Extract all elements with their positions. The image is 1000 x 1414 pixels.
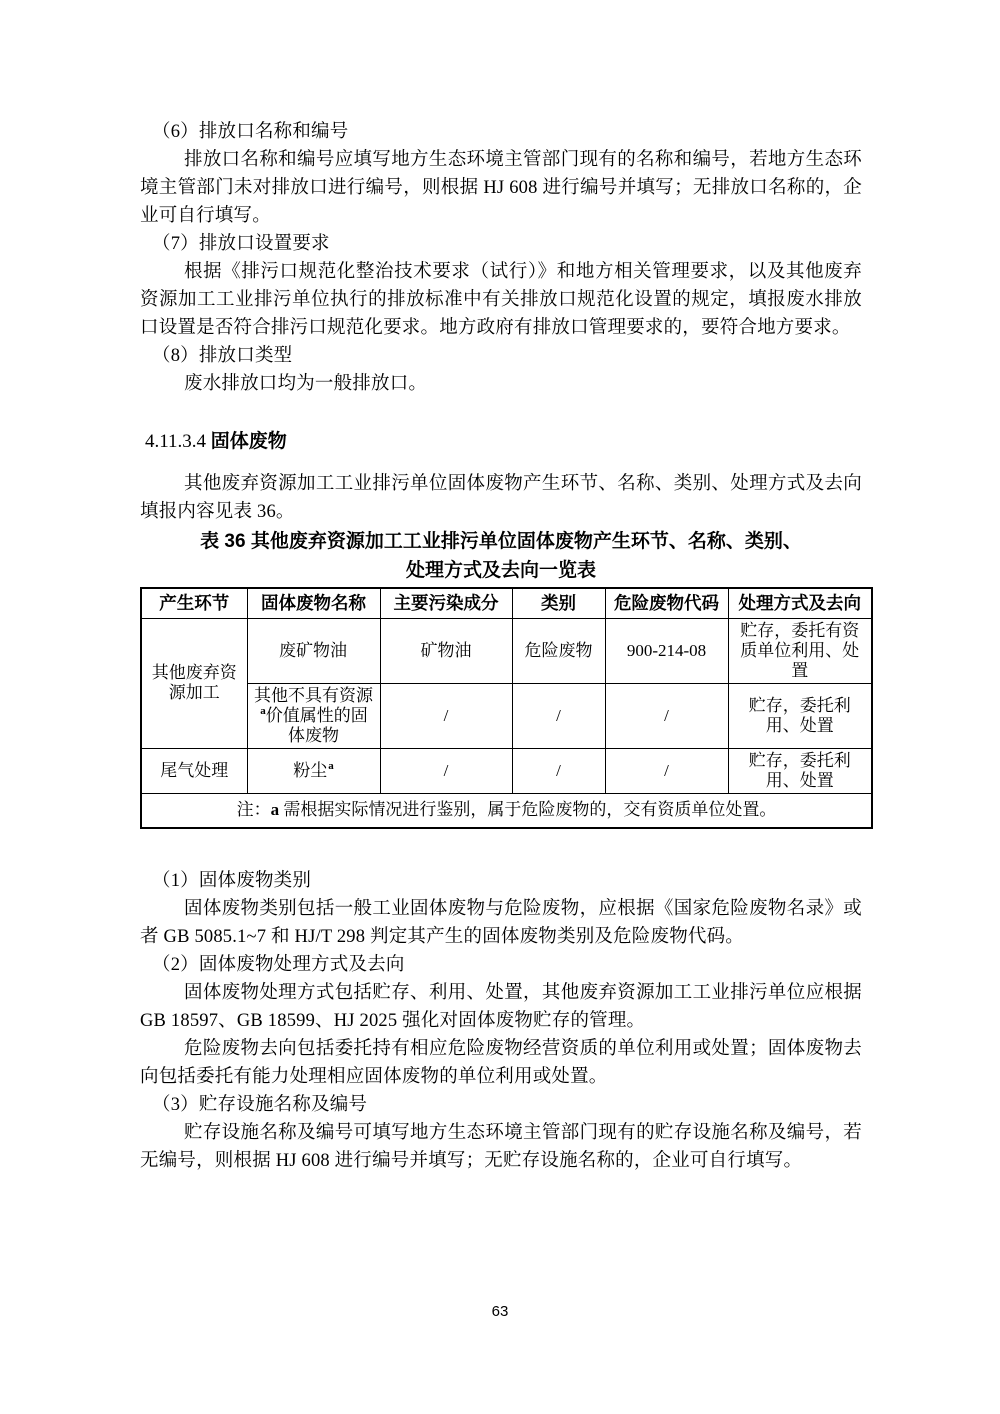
waste-name-text: 其他不具有资源 (254, 686, 373, 705)
table-header-category: 类别 (512, 588, 605, 618)
cell-code: 900-214-08 (605, 618, 728, 683)
table-header-disposal: 处理方式及去向 (728, 588, 872, 618)
waste-name-text: 价值属性的固体废物 (266, 706, 368, 745)
cell-disposal: 贮存，委托利用、处置 (728, 748, 872, 793)
note-text: 需根据实际情况进行鉴别，属于危险废物的，交有资质单位处置。 (279, 800, 776, 819)
section-intro-paragraph: 其他废弃资源加工工业排污单位固体废物产生环节、名称、类别、处理方式及去向填报内容… (140, 470, 862, 526)
cell-code: / (605, 748, 728, 793)
note-prefix: 注： (237, 800, 271, 819)
cell-disposal: 贮存，委托有资质单位利用、处置 (728, 618, 872, 683)
cell-disposal: 贮存，委托利用、处置 (728, 683, 872, 748)
table-header-waste-name: 固体废物名称 (247, 588, 380, 618)
bottom-text-block: （1）固体废物类别 固体废物类别包括一般工业固体废物与危险废物，应根据《国家危险… (140, 867, 862, 1175)
waste-name-text: 废矿物油 (279, 641, 347, 660)
list-item-7-title: （7）排放口设置要求 (140, 230, 862, 258)
cell-stage-tail-gas: 尾气处理 (141, 748, 247, 793)
table-row: 尾气处理 粉尘a / / / 贮存，委托利用、处置 (141, 748, 872, 793)
list-item-7-body: 根据《排污口规范化整治技术要求（试行）》和地方相关管理要求，以及其他废弃资源加工… (140, 258, 862, 342)
list-item-6-body: 排放口名称和编号应填写地方生态环境主管部门现有的名称和编号，若地方生态环境主管部… (140, 146, 862, 230)
list-item-3-body: 贮存设施名称及编号可填写地方生态环境主管部门现有的贮存设施名称及编号，若无编号，… (140, 1119, 862, 1175)
table-36-caption-line1: 表 36 其他废弃资源加工工业排污单位固体废物产生环节、名称、类别、 (140, 528, 862, 555)
table-header-row: 产生环节 固体废物名称 主要污染成分 类别 危险废物代码 处理方式及去向 (141, 588, 872, 618)
section-heading-number: 4.11.3.4 (145, 431, 206, 452)
cell-pollutant: / (380, 683, 512, 748)
table-header-code: 危险废物代码 (605, 588, 728, 618)
table-note-row: 注：a 需根据实际情况进行鉴别，属于危险废物的，交有资质单位处置。 (141, 793, 872, 828)
table-36-caption-line2: 处理方式及去向一览表 (140, 557, 862, 584)
page-number: 63 (0, 1303, 1000, 1320)
table-header-pollutant: 主要污染成分 (380, 588, 512, 618)
list-item-6-title: （6）排放口名称和编号 (140, 118, 862, 146)
list-item-8-title: （8）排放口类型 (140, 342, 862, 370)
superscript-marker: a (328, 760, 334, 772)
cell-category: / (512, 683, 605, 748)
list-item-1-body: 固体废物类别包括一般工业固体废物与危险废物，应根据《国家危险废物名录》或者 GB… (140, 895, 862, 951)
cell-category: / (512, 748, 605, 793)
table-header-stage: 产生环节 (141, 588, 247, 618)
list-item-3-title: （3）贮存设施名称及编号 (140, 1091, 862, 1119)
list-item-2-body-1: 固体废物处理方式包括贮存、利用、处置，其他废弃资源加工工业排污单位应根据 GB … (140, 979, 862, 1035)
cell-stage-other-waste: 其他废弃资源加工 (141, 618, 247, 748)
note-marker: a (271, 800, 280, 819)
section-heading-title: 固体废物 (211, 431, 287, 452)
table-note-cell: 注：a 需根据实际情况进行鉴别，属于危险废物的，交有资质单位处置。 (141, 793, 872, 828)
table-36: 产生环节 固体废物名称 主要污染成分 类别 危险废物代码 处理方式及去向 其他废… (140, 587, 873, 829)
cell-code: / (605, 683, 728, 748)
cell-pollutant: 矿物油 (380, 618, 512, 683)
cell-pollutant: / (380, 748, 512, 793)
cell-waste-name: 粉尘a (247, 748, 380, 793)
document-content: （6）排放口名称和编号 排放口名称和编号应填写地方生态环境主管部门现有的名称和编… (140, 0, 862, 1175)
list-item-2-body-2: 危险废物去向包括委托持有相应危险废物经营资质的单位利用或处置；固体废物去向包括委… (140, 1035, 862, 1091)
table-row: 其他不具有资源a价值属性的固体废物 / / / 贮存，委托利用、处置 (141, 683, 872, 748)
list-item-2-title: （2）固体废物处理方式及去向 (140, 951, 862, 979)
waste-name-text: 粉尘 (293, 761, 327, 780)
table-row: 其他废弃资源加工 废矿物油 矿物油 危险废物 900-214-08 贮存，委托有… (141, 618, 872, 683)
document-page: （6）排放口名称和编号 排放口名称和编号应填写地方生态环境主管部门现有的名称和编… (0, 0, 1000, 1414)
cell-waste-name: 废矿物油 (247, 618, 380, 683)
list-item-8-body: 废水排放口均为一般排放口。 (140, 370, 862, 398)
list-item-1-title: （1）固体废物类别 (140, 867, 862, 895)
cell-category: 危险废物 (512, 618, 605, 683)
section-heading: 4.11.3.4 固体废物 (140, 428, 862, 456)
cell-waste-name: 其他不具有资源a价值属性的固体废物 (247, 683, 380, 748)
